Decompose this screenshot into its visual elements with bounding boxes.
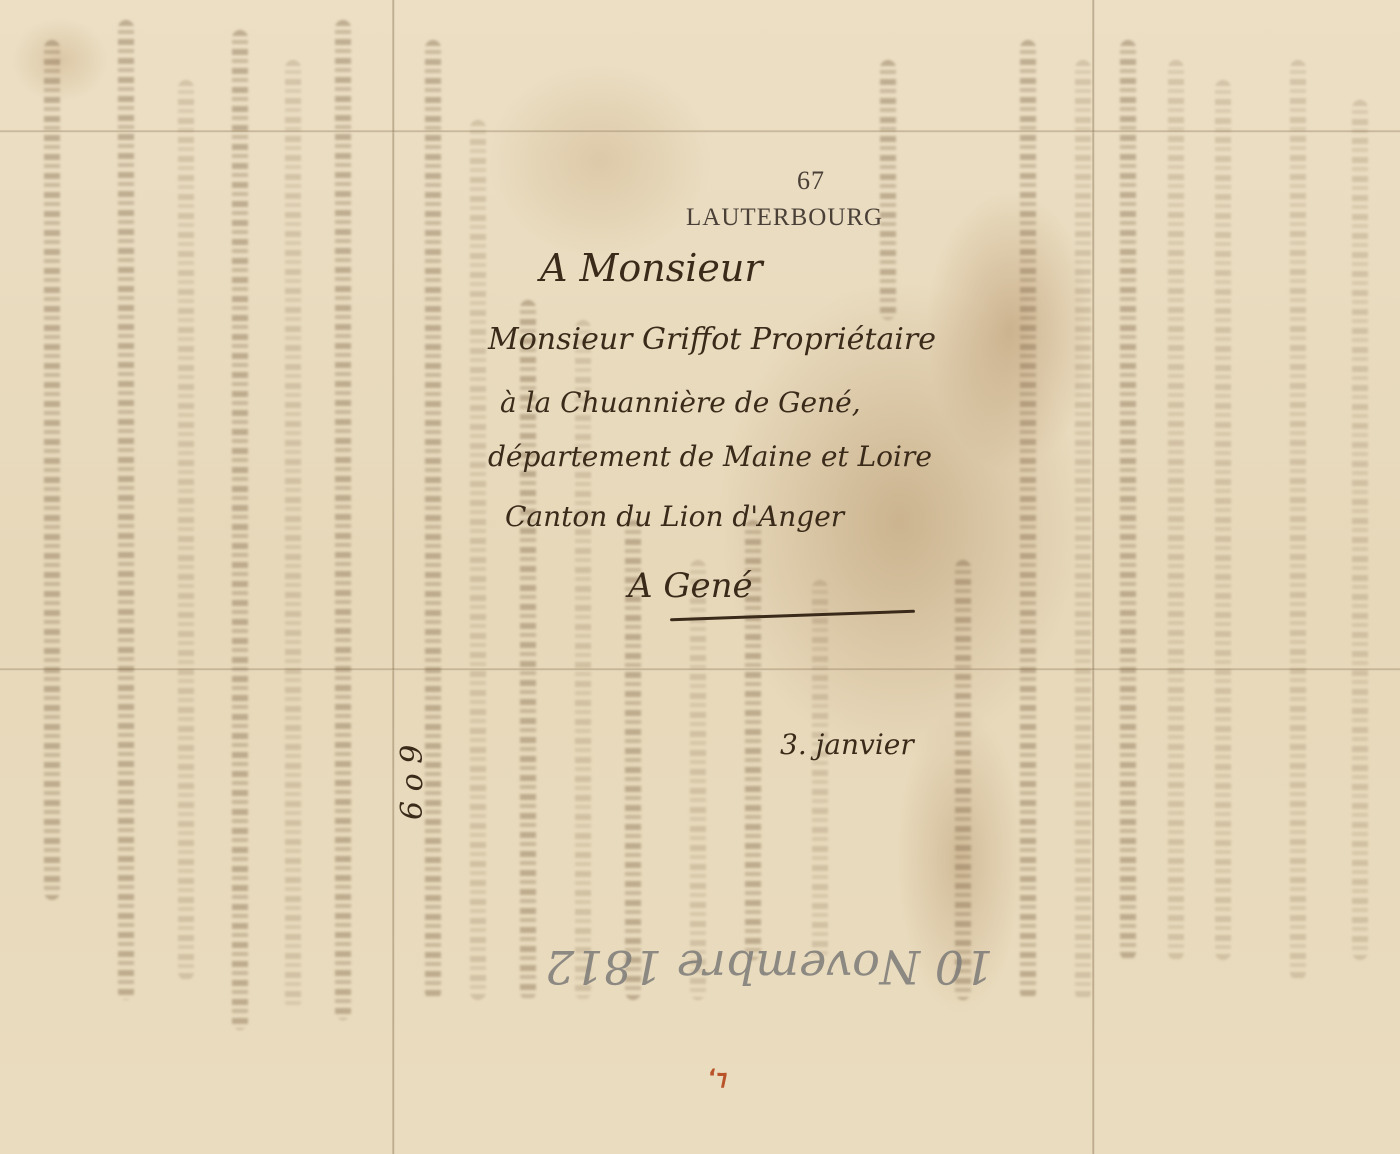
address-town: A Gené [628,566,753,606]
postmark-town: LAUTERBOURG [686,204,883,232]
postmark-number: 67 [797,166,825,196]
fold-line-right [1092,0,1095,1154]
fold-line-top [0,130,1400,133]
address-recipient: Monsieur Griffot Propriétaire [488,322,936,357]
letter-sheet: 67 LAUTERBOURG A Monsieur Monsieur Griff… [0,0,1400,1154]
address-canton: Canton du Lion d'Anger [505,500,844,533]
date-note: 3. janvier [780,728,914,761]
address-salutation: A Monsieur [540,246,763,290]
fold-line-left [392,0,395,1154]
address-department: département de Maine et Loire [488,440,932,473]
wax-seal-remnant: ʻ⁊ [708,1066,728,1091]
pencil-archive-note: 10 Novembre 1812 [545,940,993,994]
side-note: 6 o 9 [395,745,430,820]
address-underline [670,610,915,622]
address-locality: à la Chuannière de Gené, [500,386,861,419]
